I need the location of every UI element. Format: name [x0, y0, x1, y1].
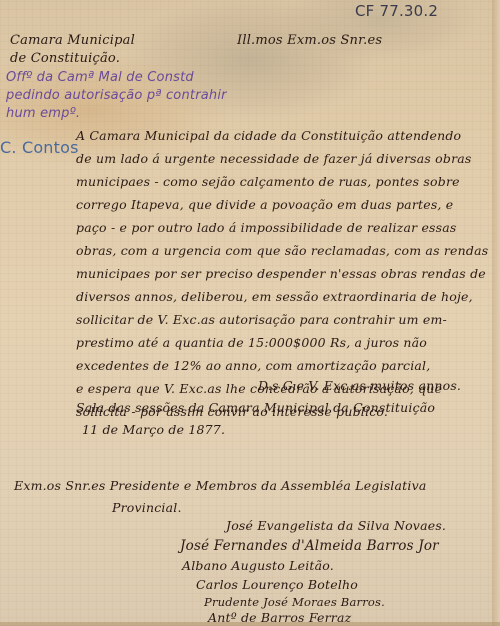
body-line: prestimo até a quantia de 15:000$000 Rs,…: [76, 335, 427, 350]
signature: Albano Augusto Leitão.: [182, 558, 334, 573]
violet-annotation-line-1: Offº da Camª Mal de Constd: [6, 70, 194, 85]
body-line: excedentes de 12% ao anno, com amortizaç…: [76, 358, 430, 373]
violet-annotation-line-2: pedindo autorisação pª contrahir: [6, 88, 227, 103]
body-line: paço - e por outro lado á impossibilidad…: [76, 220, 457, 235]
signature: José Evangelista da Silva Novaes.: [226, 518, 446, 533]
body-line: diversos annos, deliberou, em sessão ext…: [76, 289, 473, 304]
header-left-line-2: de Constituição.: [10, 51, 120, 66]
addressee-line-1: Exm.os Snr.es Presidente e Membros da As…: [14, 478, 427, 493]
violet-annotation-line-3: hum empº.: [6, 106, 80, 121]
body-line: municipaes por ser preciso despender n'e…: [76, 266, 486, 281]
body-line: A Camara Municipal da cidade da Constitu…: [76, 128, 461, 143]
signature: Prudente José Moraes Barros.: [204, 595, 385, 609]
body-line: sollicitar de V. Exc.as autorisação para…: [76, 312, 447, 327]
page-edge: [492, 0, 500, 626]
header-right-salutation: Ill.mos Exm.os Snr.es: [237, 33, 382, 48]
document-page: CF 77.30.2 Camara Municipal de Constitui…: [0, 0, 500, 626]
body-line: de um lado á urgente necessidade de faze…: [76, 151, 472, 166]
body-line: obras, com a urgencia com que são reclam…: [76, 243, 488, 258]
body-line: municipaes - como sejão calçamento de ru…: [76, 174, 460, 189]
addressee-line-2: Provincial.: [112, 500, 182, 515]
margin-note: C. Contos: [0, 138, 79, 157]
place-line: Sala das sessões da Camara Municipal da …: [76, 400, 435, 415]
archive-reference-code: CF 77.30.2: [355, 2, 438, 20]
header-left-line-1: Camara Municipal: [10, 33, 135, 48]
body-line: corrego Itapeva, que divide a povoação e…: [76, 197, 453, 212]
closing-formula: D.s G.e V. Exc.as muitos annos.: [258, 378, 461, 393]
signature: José Fernandes d'Almeida Barros Jor: [180, 538, 439, 554]
date-line: 11 de Março de 1877.: [82, 422, 225, 437]
signature: Carlos Lourenço Botelho: [196, 577, 358, 592]
signature: Antº de Barros Ferraz: [208, 610, 351, 625]
